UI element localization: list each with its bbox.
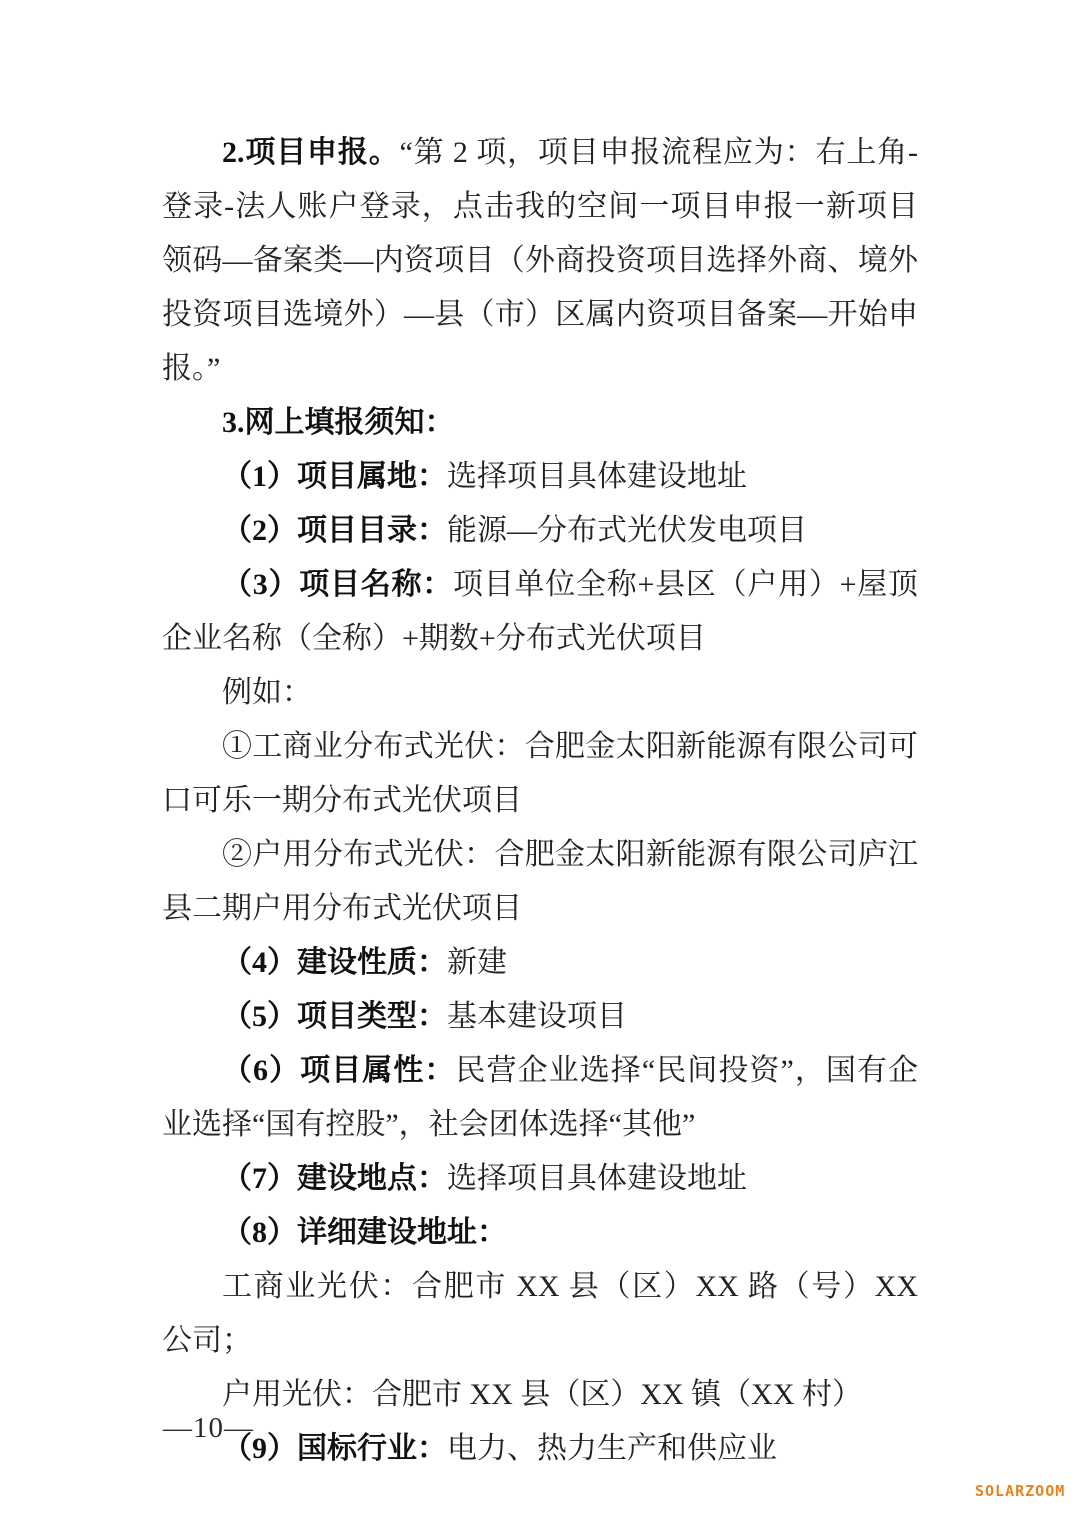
paragraph-label: （3）项目名称： (222, 568, 453, 601)
paragraph-text: 电力、热力生产和供应业 (447, 1432, 777, 1465)
paragraph: 户用光伏：合肥市 XX 县（区）XX 镇（XX 村） (162, 1368, 918, 1422)
paragraph-label: （7）建设地点： (222, 1162, 447, 1195)
paragraph-text: 基本建设项目 (447, 1000, 627, 1033)
paragraph: 工商业光伏：合肥市 XX 县（区）XX 路（号）XX 公司； (162, 1260, 918, 1368)
paragraph-label: 2.项目申报。 (222, 136, 400, 169)
paragraph-label: （9）国标行业： (222, 1432, 447, 1465)
paragraph-text: ①工商业分布式光伏：合肥金太阳新能源有限公司可口可乐一期分布式光伏项目 (162, 730, 918, 817)
paragraph-text: 能源—分布式光伏发电项目 (447, 514, 807, 547)
paragraph: （7）建设地点：选择项目具体建设地址 (162, 1152, 918, 1206)
paragraph-text: 新建 (447, 946, 507, 979)
paragraph: 3.网上填报须知： (162, 396, 918, 450)
paragraph: （9）国标行业：电力、热力生产和供应业 (162, 1422, 918, 1476)
paragraph-text: 工商业光伏：合肥市 XX 县（区）XX 路（号）XX 公司； (162, 1270, 918, 1357)
document-body: 2.项目申报。“第 2 项，项目申报流程应为：右上角-登录-法人账户登录，点击我… (162, 126, 918, 1476)
paragraph-text: 选择项目具体建设地址 (447, 460, 747, 493)
paragraph: （3）项目名称：项目单位全称+县区（户用）+屋顶企业名称（全称）+期数+分布式光… (162, 558, 918, 666)
paragraph: 例如： (162, 666, 918, 720)
paragraph: （6）项目属性：民营企业选择“民间投资”，国有企业选择“国有控股”，社会团体选择… (162, 1044, 918, 1152)
paragraph-label: （6）项目属性： (222, 1054, 455, 1087)
paragraph: 2.项目申报。“第 2 项，项目申报流程应为：右上角-登录-法人账户登录，点击我… (162, 126, 918, 396)
paragraph-text: ②户用分布式光伏：合肥金太阳新能源有限公司庐江县二期户用分布式光伏项目 (162, 838, 918, 925)
paragraph-text: 选择项目具体建设地址 (447, 1162, 747, 1195)
paragraph-text: 例如： (222, 676, 312, 709)
paragraph-label: （4）建设性质： (222, 946, 447, 979)
paragraph-label: （2）项目目录： (222, 514, 447, 547)
paragraph-label: 3.网上填报须知： (222, 406, 455, 439)
paragraph: ②户用分布式光伏：合肥金太阳新能源有限公司庐江县二期户用分布式光伏项目 (162, 828, 918, 936)
paragraph: （8）详细建设地址： (162, 1206, 918, 1260)
paragraph-text: “第 2 项，项目申报流程应为：右上角-登录-法人账户登录，点击我的空间一项目申… (162, 136, 918, 385)
document-page: 2.项目申报。“第 2 项，项目申报流程应为：右上角-登录-法人账户登录，点击我… (0, 0, 1080, 1527)
paragraph-label: （5）项目类型： (222, 1000, 447, 1033)
page-number: —10— (163, 1408, 254, 1448)
watermark-solarzoom: SOLARZOOM (975, 1482, 1065, 1500)
paragraph: （2）项目目录：能源—分布式光伏发电项目 (162, 504, 918, 558)
paragraph-label: （1）项目属地： (222, 460, 447, 493)
paragraph-text: 户用光伏：合肥市 XX 县（区）XX 镇（XX 村） (222, 1378, 862, 1411)
paragraph: ①工商业分布式光伏：合肥金太阳新能源有限公司可口可乐一期分布式光伏项目 (162, 720, 918, 828)
paragraph: （5）项目类型：基本建设项目 (162, 990, 918, 1044)
paragraph: （1）项目属地：选择项目具体建设地址 (162, 450, 918, 504)
paragraph: （4）建设性质：新建 (162, 936, 918, 990)
paragraph-label: （8）详细建设地址： (222, 1216, 507, 1249)
